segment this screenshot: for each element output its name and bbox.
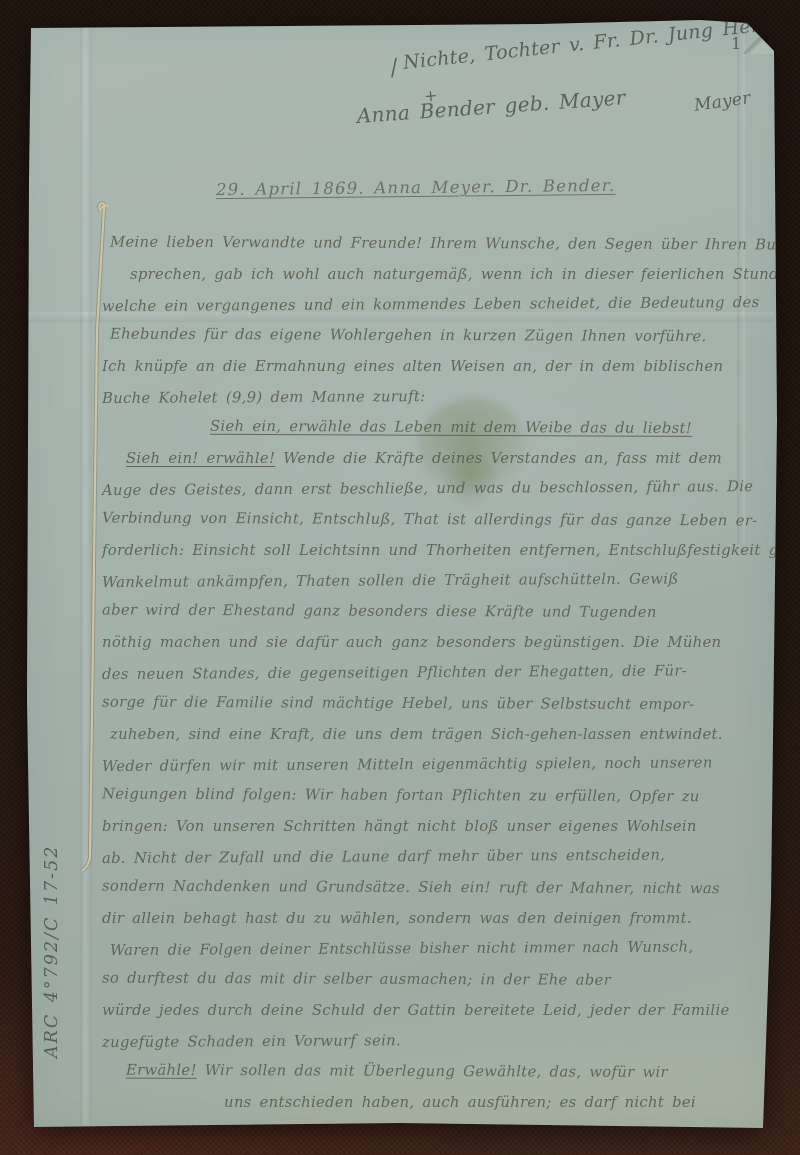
body-line: Wankelmut ankämpfen, Thaten sollen die T… bbox=[102, 569, 766, 592]
body-line: Ich knüpfe an die Ermahnung eines alten … bbox=[102, 357, 766, 376]
vertical-fold-crease bbox=[80, 27, 92, 1125]
body-line: nöthig machen und sie dafür auch ganz be… bbox=[102, 633, 766, 652]
binding-thread bbox=[0, 0, 800, 1155]
annotation-insert-mark: + bbox=[423, 85, 438, 105]
date-heading: 29. April 1869. Anna Meyer. Dr. Bender. bbox=[216, 176, 616, 199]
archive-reference: ARC 4°792/C 17-52 bbox=[42, 845, 62, 1058]
body-line: würde jedes durch deine Schuld der Gatti… bbox=[102, 1001, 766, 1020]
body-line: aber wird der Ehestand ganz besonders di… bbox=[102, 601, 766, 623]
body-line: Meine lieben Verwandte und Freunde! Ihre… bbox=[110, 233, 766, 255]
page-number: 1 bbox=[731, 34, 741, 53]
ink-stamp-bleed-inner bbox=[440, 440, 500, 510]
body-line: so durftest du das mit dir selber ausmac… bbox=[102, 969, 766, 991]
body-line: Weder dürfen wir mit unseren Mitteln eig… bbox=[102, 753, 766, 776]
body-line: Verbindung von Einsicht, Entschluß, That… bbox=[102, 509, 766, 531]
ink-stamp-bleed bbox=[418, 398, 528, 494]
body-line: Auge des Geistes, dann erst beschließe, … bbox=[102, 477, 766, 500]
horizontal-fold-crease bbox=[28, 312, 774, 322]
body-line: Sieh ein! erwähle! Wende die Kräfte dein… bbox=[126, 449, 766, 468]
body-line: des neuen Standes, die gegenseitigen Pfl… bbox=[102, 661, 766, 684]
annotation-line-2: Anna Bender geb. Mayer bbox=[356, 85, 626, 128]
right-fold-crease bbox=[737, 24, 745, 544]
body-line: bringen: Von unseren Schritten hängt nic… bbox=[102, 817, 766, 836]
annotation-line-1: Nichte, Tochter v. Fr. Dr. Jung Henriett… bbox=[402, 8, 800, 73]
body-line-motto: Sieh ein, erwähle das Leben mit dem Weib… bbox=[210, 417, 766, 438]
letter-page: 1 | Nichte, Tochter v. Fr. Dr. Jung Henr… bbox=[0, 0, 800, 1155]
body-line: zugefügte Schaden ein Vorwurf sein. bbox=[102, 1029, 766, 1052]
body-line: dir allein behagt hast du zu wählen, son… bbox=[102, 909, 766, 928]
body-line: Neigungen blind folgen: Wir haben fortan… bbox=[102, 785, 766, 807]
body-line: sorge für die Familie sind mächtige Hebe… bbox=[102, 693, 766, 715]
letter-body: Meine lieben Verwandte und Freunde! Ihre… bbox=[102, 234, 766, 1112]
body-line: Buche Kohelet (9,9) dem Manne zuruft: bbox=[102, 385, 766, 408]
body-line: Waren die Folgen deiner Entschlüsse bish… bbox=[110, 937, 766, 960]
body-line: ab. Nicht der Zufall und die Laune darf … bbox=[102, 845, 766, 868]
annotation-tick-mark: | bbox=[389, 54, 401, 79]
body-line: forderlich: Einsicht soll Leichtsinn und… bbox=[102, 541, 766, 560]
body-line: zuheben, sind eine Kraft, die uns dem tr… bbox=[110, 725, 766, 744]
body-line: sondern Nachdenken und Grundsätze. Sieh … bbox=[102, 877, 766, 899]
body-line: sprechen, gab ich wohl auch naturgemäß, … bbox=[130, 265, 766, 284]
letter-page-wrapper: 1 | Nichte, Tochter v. Fr. Dr. Jung Henr… bbox=[0, 0, 800, 1155]
body-line: Ehebundes für das eigene Wohlergehen in … bbox=[110, 325, 766, 347]
body-line: uns entschieden haben, auch ausführen; e… bbox=[224, 1093, 766, 1112]
clipped-top-right-corner bbox=[744, 20, 778, 54]
body-line: welche ein vergangenes und ein kommendes… bbox=[102, 293, 766, 316]
annotation-line-1-continuation: Mayer bbox=[693, 88, 752, 116]
body-line: Erwähle! Wir sollen das mit Überlegung G… bbox=[126, 1061, 766, 1083]
